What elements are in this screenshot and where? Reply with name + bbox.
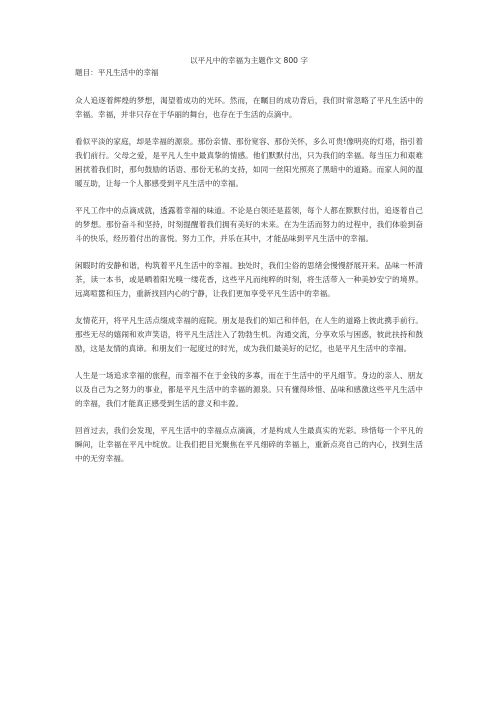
document-page: 以平凡中的幸福为主题作文 800 字 题目：平凡生活中的幸福 众人追逐着辉煌的梦… bbox=[75, 55, 423, 479]
paragraph-friendship: 友情花开，将平凡生活点缀成幸福的庭院。朋友是我们的知己和伴侣，在人生的道路上彼此… bbox=[75, 314, 423, 356]
paragraph-leisure: 闲暇时的安静和谐，构筑着平凡生活中的幸福。独处时，我们尘俗的思绪会慢慢舒展开来。… bbox=[75, 259, 423, 301]
paragraph-conclusion: 回首过去，我们会发现，平凡生活中的幸福点点滴滴，才是构成人生最真实的光彩。珍惜每… bbox=[75, 424, 423, 466]
paragraph-intro: 众人追逐着辉煌的梦想，渴望着成功的光环。然而，在瞩目的成功背后，我们时常忽略了平… bbox=[75, 94, 423, 122]
document-title: 以平凡中的幸福为主题作文 800 字 bbox=[75, 55, 423, 67]
paragraph-work: 平凡工作中的点滴成就，透露着幸福的味道。不论是白领还是蓝领，每个人都在默默付出，… bbox=[75, 204, 423, 246]
paragraph-life-journey: 人生是一场追求幸福的旅程，而幸福不在于金钱的多寡，而在于生活中的平凡细节。身边的… bbox=[75, 369, 423, 411]
essay-subtitle: 题目：平凡生活中的幸福 bbox=[75, 67, 423, 79]
paragraph-family: 看似平淡的家庭，却是幸福的源泉。那份亲情、那份宽容、那份关怀，多么可贵!像明亮的… bbox=[75, 135, 423, 191]
